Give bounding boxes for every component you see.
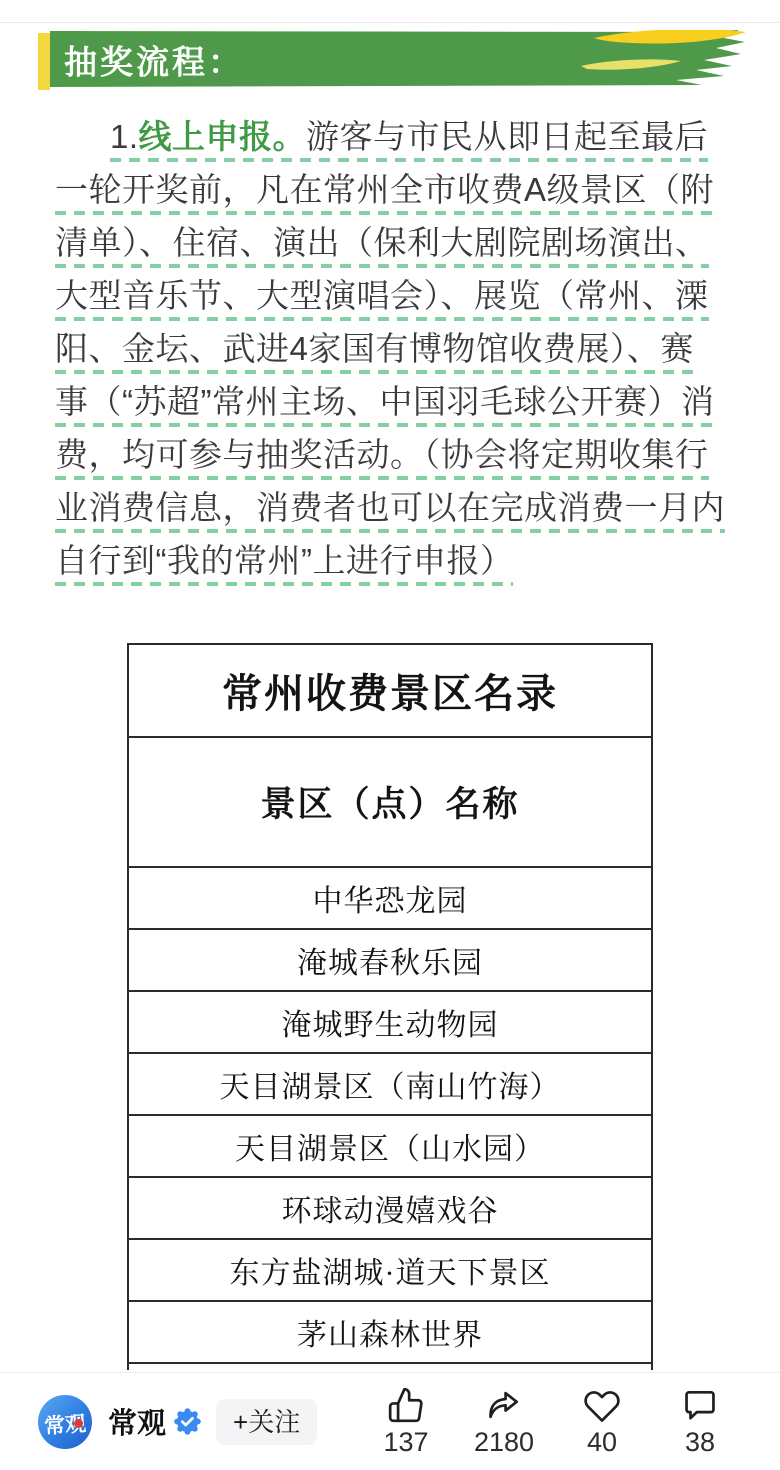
- verified-badge-icon: [174, 1408, 201, 1435]
- heart-icon: [583, 1386, 621, 1424]
- like-count: 137: [383, 1427, 428, 1458]
- scenic-table: 常州收费景区名录 景区（点）名称 中华恐龙园淹城春秋乐园淹城野生动物园天目湖景区…: [127, 643, 653, 1370]
- comment-action[interactable]: 38: [672, 1386, 728, 1458]
- paragraph-line-text: 清单）、住宿、演出（保利大剧院剧场演出、: [55, 222, 709, 268]
- paragraph-lines: 一轮开奖前，凡在常州全市收费A级景区（附 清单）、住宿、演出（保利大剧院剧场演出…: [55, 169, 731, 593]
- share-count: 2180: [474, 1427, 534, 1458]
- paragraph-line: 业消费信息，消费者也可以在完成消费一月内: [55, 487, 731, 540]
- table-row: 中华恐龙园: [129, 868, 651, 930]
- follow-button[interactable]: +关注: [216, 1399, 317, 1445]
- paragraph-line-text: 业消费信息，消费者也可以在完成消费一月内: [55, 487, 725, 533]
- paragraph-line: 费，均可参与抽奖活动。（协会将定期收集行: [55, 434, 731, 487]
- table-row-cutoff: [129, 1364, 651, 1370]
- table-row: 东方盐湖城·道天下景区: [129, 1240, 651, 1302]
- favorite-count: 40: [587, 1427, 617, 1458]
- paragraph-line-text: 1.线上申报。游客与市民从即日起至最后: [110, 116, 708, 162]
- share-action[interactable]: 2180: [476, 1386, 532, 1458]
- paragraph-line: 一轮开奖前，凡在常州全市收费A级景区（附: [55, 169, 731, 222]
- table-title: 常州收费景区名录: [129, 645, 651, 738]
- article-paragraph: 1.线上申报。游客与市民从即日起至最后 一轮开奖前，凡在常州全市收费A级景区（附…: [55, 116, 731, 593]
- paragraph-line: 大型音乐节、大型演唱会）、展览（常州、溧: [55, 275, 731, 328]
- paragraph-line: 自行到“我的常州”上进行申报）: [55, 540, 731, 593]
- section-title: 抽奖流程：: [64, 37, 244, 84]
- table-row: 淹城春秋乐园: [129, 930, 651, 992]
- section-banner: 抽奖流程：: [38, 30, 750, 92]
- comment-count: 38: [685, 1427, 715, 1458]
- scenic-table-wrap: 常州收费景区名录 景区（点）名称 中华恐龙园淹城春秋乐园淹城野生动物园天目湖景区…: [127, 643, 653, 1370]
- paragraph-line-text: 费，均可参与抽奖活动。（协会将定期收集行: [55, 434, 709, 480]
- table-row: 天目湖景区（山水园）: [129, 1116, 651, 1178]
- paragraph-line-text: 自行到“我的常州”上进行申报）: [55, 540, 513, 586]
- paragraph-line-text: 事（“苏超”常州主场、中国羽毛球公开赛）消: [55, 381, 714, 427]
- avatar[interactable]: 常观: [38, 1395, 92, 1449]
- paragraph-line-text: 阳、金坛、武进4家国有博物馆收费展）、赛: [55, 328, 694, 374]
- paragraph-line: 事（“苏超”常州主场、中国羽毛球公开赛）消: [55, 381, 731, 434]
- thumbs-up-icon: [387, 1386, 425, 1424]
- comment-icon: [681, 1386, 719, 1424]
- account-name[interactable]: 常观: [108, 1401, 166, 1442]
- table-column-header: 景区（点）名称: [129, 738, 651, 868]
- paragraph-line-text: 一轮开奖前，凡在常州全市收费A级景区（附: [55, 169, 714, 215]
- table-row: 淹城野生动物园: [129, 992, 651, 1054]
- paragraph-line: 清单）、住宿、演出（保利大剧院剧场演出、: [55, 222, 731, 275]
- paragraph-line: 1.线上申报。游客与市民从即日起至最后: [55, 116, 731, 169]
- share-icon: [485, 1386, 523, 1424]
- bottom-bar: 常观 常观 +关注 137 2180: [0, 1372, 780, 1470]
- table-row: 环球动漫嬉戏谷: [129, 1178, 651, 1240]
- lead-highlight-text: 线上申报。: [139, 118, 307, 155]
- paragraph-line-text: 大型音乐节、大型演唱会）、展览（常州、溧: [55, 275, 709, 321]
- table-row: 天目湖景区（南山竹海）: [129, 1054, 651, 1116]
- top-divider: [0, 22, 780, 23]
- avatar-red-dot: [74, 1419, 83, 1428]
- paragraph-line: 阳、金坛、武进4家国有博物馆收费展）、赛: [55, 328, 731, 381]
- like-action[interactable]: 137: [378, 1386, 434, 1458]
- list-number: 1.: [110, 118, 139, 155]
- table-body: 中华恐龙园淹城春秋乐园淹城野生动物园天目湖景区（南山竹海）天目湖景区（山水园）环…: [129, 868, 651, 1364]
- favorite-action[interactable]: 40: [574, 1386, 630, 1458]
- action-bar: 137 2180 40 38: [378, 1386, 728, 1458]
- table-row: 茅山森林世界: [129, 1302, 651, 1364]
- paragraph-text: 游客与市民从即日起至最后: [306, 118, 708, 155]
